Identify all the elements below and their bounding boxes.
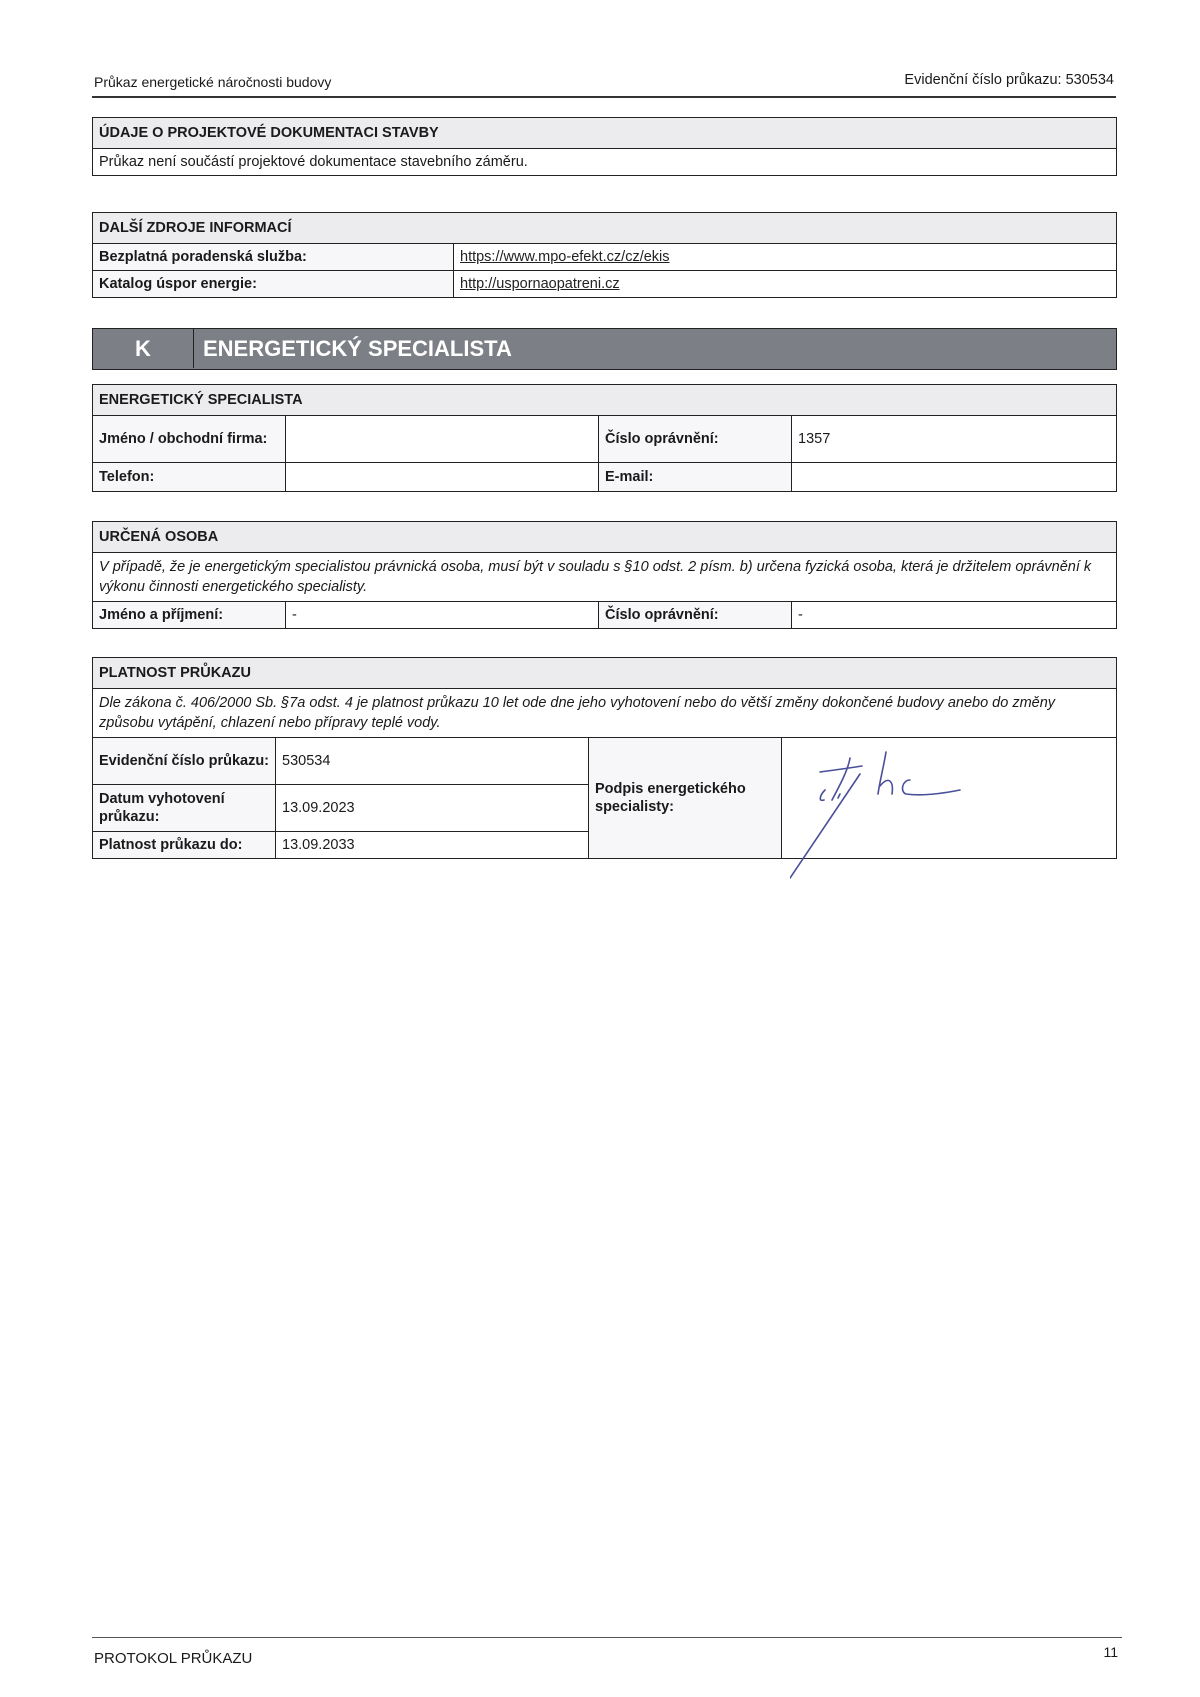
valid-until-label: Platnost průkazu do:: [93, 832, 276, 859]
signature-image: [790, 750, 1050, 880]
savings-catalog-link-cell: http://uspornaopatreni.cz: [454, 271, 1117, 298]
designated-person-table: URČENÁ OSOBA V případě, že je energetick…: [92, 521, 1117, 629]
specialist-name-label: Jméno / obchodní firma:: [93, 416, 286, 463]
section-title: ENERGETICKÝ SPECIALISTA: [203, 329, 512, 369]
designated-license-value: -: [792, 602, 1117, 629]
certificate-id-value: 530534: [276, 738, 589, 785]
specialist-license-label: Číslo oprávnění:: [599, 416, 792, 463]
savings-catalog-link[interactable]: http://uspornaopatreni.cz: [460, 276, 620, 292]
designated-name-value: -: [286, 602, 599, 629]
specialist-phone-label: Telefon:: [93, 463, 286, 492]
designated-license-label: Číslo oprávnění:: [599, 602, 792, 629]
signature-label: Podpis energetického specialisty:: [589, 738, 782, 859]
project-docs-text: Průkaz není součástí projektové dokument…: [93, 149, 1117, 176]
specialist-heading: ENERGETICKÝ SPECIALISTA: [93, 385, 1117, 416]
advice-service-label: Bezplatná poradenská služba:: [93, 244, 454, 271]
project-docs-table: ÚDAJE O PROJEKTOVÉ DOKUMENTACI STAVBY Pr…: [92, 117, 1117, 176]
validity-heading: PLATNOST PRŮKAZU: [93, 658, 1117, 689]
designated-name-label: Jméno a příjmení:: [93, 602, 286, 629]
footer-label: PROTOKOL PRŮKAZU: [94, 1650, 252, 1667]
more-info-heading: DALŠÍ ZDROJE INFORMACÍ: [93, 213, 1117, 244]
designated-person-heading: URČENÁ OSOBA: [93, 522, 1117, 553]
designated-person-text: V případě, že je energetickým specialist…: [93, 553, 1117, 602]
certificate-id-label: Evidenční číslo průkazu:: [93, 738, 276, 785]
project-docs-heading: ÚDAJE O PROJEKTOVÉ DOKUMENTACI STAVBY: [93, 118, 1117, 149]
specialist-name-value: [286, 416, 599, 463]
section-banner: K ENERGETICKÝ SPECIALISTA: [92, 328, 1117, 370]
page-footer: PROTOKOL PRŮKAZU 11: [92, 1637, 1122, 1638]
savings-catalog-label: Katalog úspor energie:: [93, 271, 454, 298]
section-letter: K: [93, 329, 194, 368]
advice-service-link[interactable]: https://www.mpo-efekt.cz/cz/ekis: [460, 249, 670, 265]
validity-text: Dle zákona č. 406/2000 Sb. §7a odst. 4 j…: [93, 689, 1117, 738]
issue-date-value: 13.09.2023: [276, 785, 589, 832]
page-header: Průkaz energetické náročnosti budovy Evi…: [92, 70, 1116, 98]
specialist-email-label: E-mail:: [599, 463, 792, 492]
valid-until-value: 13.09.2033: [276, 832, 589, 859]
certificate-reference: Evidenční číslo průkazu: 530534: [904, 72, 1114, 88]
advice-service-link-cell: https://www.mpo-efekt.cz/cz/ekis: [454, 244, 1117, 271]
specialist-license-value: 1357: [792, 416, 1117, 463]
issue-date-label: Datum vyhotovení průkazu:: [93, 785, 276, 832]
page-number: 11: [1103, 1644, 1118, 1660]
document-title: Průkaz energetické náročnosti budovy: [94, 74, 331, 90]
specialist-table: ENERGETICKÝ SPECIALISTA Jméno / obchodní…: [92, 384, 1117, 492]
more-info-table: DALŠÍ ZDROJE INFORMACÍ Bezplatná poraden…: [92, 212, 1117, 298]
specialist-email-value: [792, 463, 1117, 492]
specialist-phone-value: [286, 463, 599, 492]
